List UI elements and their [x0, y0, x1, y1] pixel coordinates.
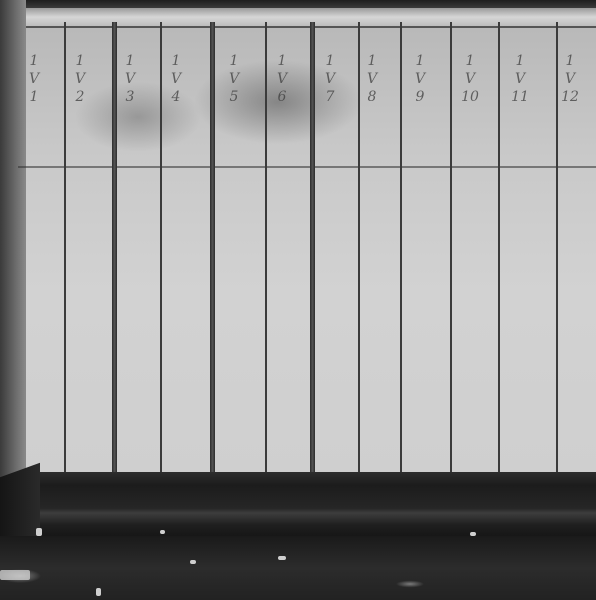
board-seam — [210, 22, 215, 474]
horizontal-seam — [18, 166, 596, 168]
pencil-mark: 1V4 — [165, 52, 187, 106]
debris — [0, 570, 30, 580]
pencil-mark: 1V6 — [271, 52, 293, 106]
board-seam — [310, 22, 315, 474]
board-seam — [265, 22, 267, 474]
baseboard — [30, 472, 596, 538]
board-seam — [556, 22, 558, 474]
debris — [36, 528, 42, 536]
debris — [470, 532, 476, 536]
debris — [190, 560, 196, 564]
debris — [96, 588, 101, 596]
board-seam — [160, 22, 162, 474]
pencil-mark: 1V7 — [319, 52, 341, 106]
pencil-mark: 1V8 — [361, 52, 383, 106]
pencil-mark: 1V10 — [459, 52, 481, 106]
board-seam — [450, 22, 452, 474]
pencil-mark: 1V2 — [69, 52, 91, 106]
crown-molding — [14, 8, 596, 28]
board-seam — [498, 22, 500, 474]
pencil-mark: 1V5 — [223, 52, 245, 106]
debris — [278, 556, 286, 560]
pencil-mark: 1V3 — [119, 52, 141, 106]
pencil-mark: 1V11 — [509, 52, 531, 106]
pencil-mark: 1V9 — [409, 52, 431, 106]
wall-photograph: 1V11V21V31V41V51V61V71V81V91V101V111V12 — [0, 0, 596, 600]
floor — [0, 536, 596, 600]
board-seam — [64, 22, 66, 474]
pencil-mark: 1V1 — [23, 52, 45, 106]
board-seam — [400, 22, 402, 474]
pencil-mark: 1V12 — [559, 52, 581, 106]
debris — [160, 530, 165, 534]
board-seam — [358, 22, 360, 474]
board-seam — [112, 22, 117, 474]
